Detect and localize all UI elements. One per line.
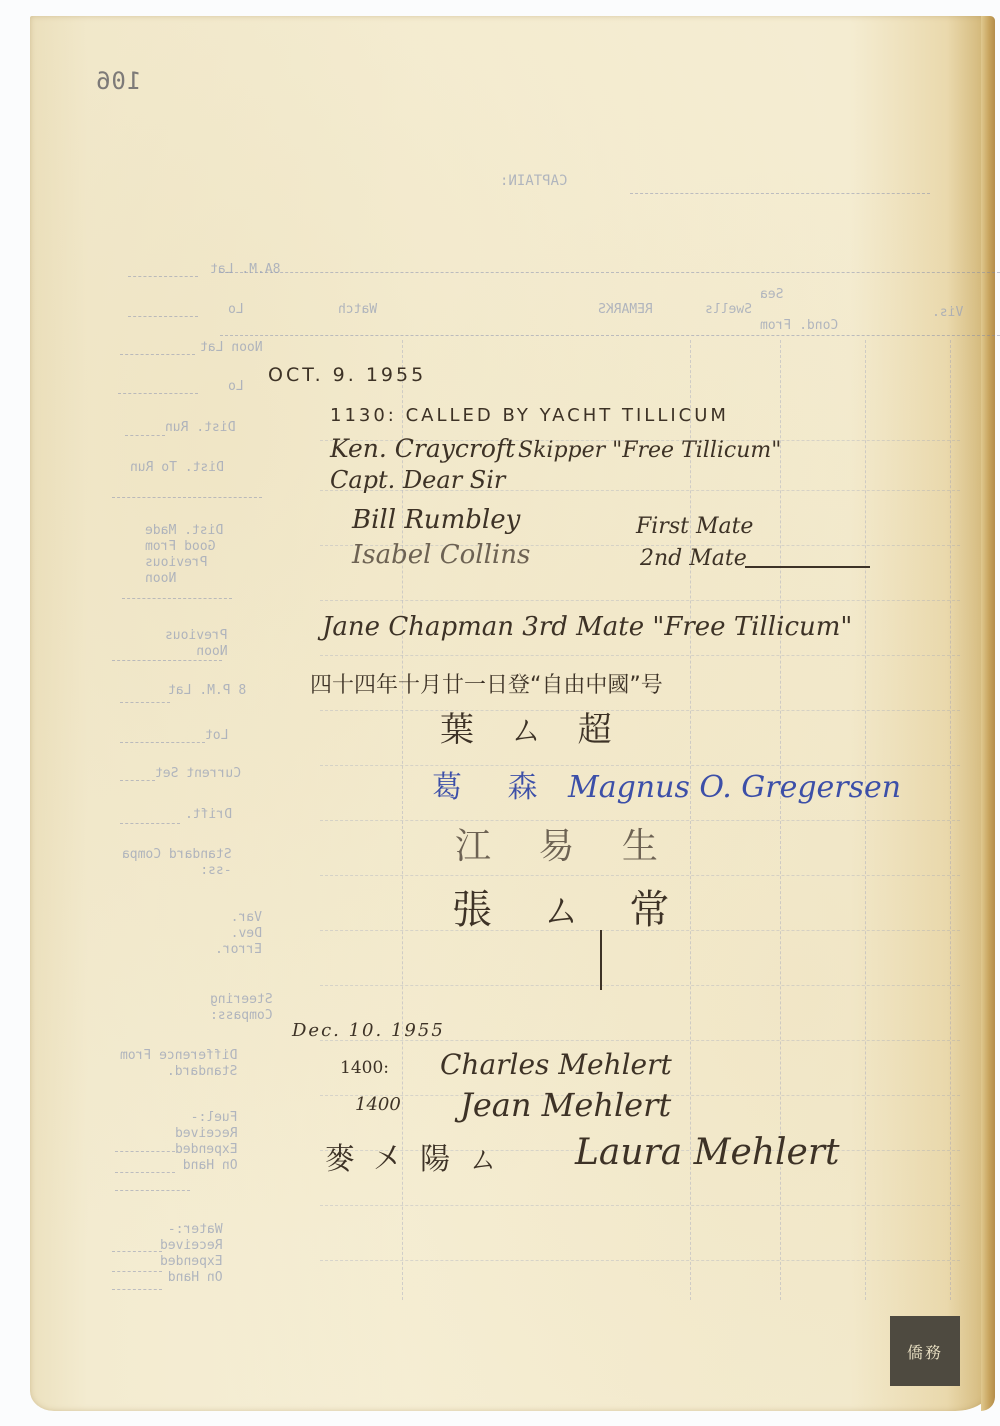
signature-chinese-1: 葉 ㄙ 超 <box>440 702 624 751</box>
label-lot: Lot <box>205 728 228 744</box>
grid-horizontal <box>320 1260 960 1261</box>
header-top-rule <box>220 272 1000 273</box>
field-rule <box>115 1151 175 1152</box>
label-8am-lat: 8A.M. Lat <box>210 262 280 278</box>
column-swells: Swells <box>705 302 752 318</box>
label-dist-to-run: Dist. To Run <box>130 460 224 476</box>
label-lo: Lo <box>228 302 244 318</box>
page-number: 106 <box>95 67 141 95</box>
column-remarks: REMARKS <box>598 302 653 318</box>
label-steering-compass: Steering Compass: <box>210 992 273 1024</box>
grid-horizontal <box>320 875 960 876</box>
header-bottom-rule <box>220 335 1000 336</box>
label-dist-run: Dist. Run <box>165 420 235 436</box>
grid-horizontal <box>320 655 960 656</box>
field-rule <box>112 497 262 498</box>
grid-horizontal <box>320 985 960 986</box>
signature-laura-mehlert: Laura Mehlert <box>575 1132 840 1173</box>
column-sea: Sea <box>760 287 783 303</box>
entry-date-dec-10-1955: Dec. 10. 1955 <box>292 1020 445 1041</box>
label-difference-from-standard: Difference From Standard. <box>120 1048 237 1080</box>
signature-stroke <box>600 930 602 990</box>
field-rule <box>120 702 170 703</box>
signature-chinese-4: 張 ㄙ 常 <box>452 878 687 935</box>
label-fuel: Fuel:- Received Expended On Hand <box>175 1110 238 1174</box>
column-vis: Vis. <box>932 305 963 321</box>
label-lo-2: Lo <box>228 379 244 395</box>
grid-horizontal <box>320 1205 960 1206</box>
label-noon-lat: Noon Lat <box>200 340 263 356</box>
field-rule <box>120 742 205 743</box>
signature-magnus-gregersen: Magnus O. Gregersen <box>568 770 901 805</box>
signature-ken-craycroft: Ken. Craycroft <box>330 434 515 463</box>
entry-date-oct-9-1955: OCT. 9. 1955 <box>268 364 426 386</box>
grid-horizontal <box>320 710 960 711</box>
field-rule <box>112 1271 162 1272</box>
entry-2nd-mate: 2nd Mate <box>640 546 747 571</box>
field-rule <box>120 354 195 355</box>
field-rule <box>122 598 232 599</box>
signature-chinese-3: 江 易 生 <box>455 818 676 869</box>
field-rule <box>112 660 222 661</box>
label-current-set: Current Set <box>155 766 241 782</box>
signature-jane-chapman: Jane Chapman 3rd Mate "Free Tillicum" <box>322 612 852 642</box>
entry-chinese-date-free-china: 四十四年十月廿一日登“自由中國”号 <box>310 668 663 699</box>
captain-label: CAPTAIN: <box>500 173 567 189</box>
label-water: Water:- Received Expended On Hand <box>160 1222 223 1286</box>
grid-horizontal <box>320 765 960 766</box>
entry-time-1400-2: 1400 <box>355 1094 401 1115</box>
label-previous-noon: Previous Noon <box>165 628 228 660</box>
column-watch: Watch <box>338 302 377 318</box>
field-rule <box>120 823 180 824</box>
field-rule <box>128 316 198 317</box>
watermark-stamp: 僑務 <box>890 1316 960 1386</box>
field-rule <box>125 435 165 436</box>
entry-first-mate: First Mate <box>636 514 753 539</box>
label-var-dev-error: Var. Dev. Error. <box>215 910 262 958</box>
field-rule <box>118 393 198 394</box>
page-edge-curl <box>981 16 995 1411</box>
signature-chinese-2-blue: 葛 森 <box>432 762 556 806</box>
captain-rule <box>630 193 930 194</box>
entry-capt-dear-sir: Capt. Dear Sir <box>330 466 505 494</box>
signature-charles-mehlert: Charles Mehlert <box>440 1048 672 1081</box>
label-dist-made-good: Dist. Made Good From Previous Noon <box>145 523 223 587</box>
entry-time-1400: 1400: <box>340 1058 389 1078</box>
field-rule <box>112 1289 162 1290</box>
field-rule <box>128 276 198 277</box>
signature-bill-rumbley: Bill Rumbley <box>352 505 520 535</box>
label-standard-compass: Standard Compa -ss: <box>122 847 232 879</box>
entry-called-by-yacht: 1130: CALLED BY YACHT TILLICUM <box>330 405 729 426</box>
field-rule <box>120 780 155 781</box>
label-8pm-lat: 8 P.M. Lat <box>168 683 246 699</box>
signature-jean-mehlert: Jean Mehlert <box>460 1086 671 1124</box>
signature-isabel-collins: Isabel Collins <box>352 540 530 570</box>
underline-flourish <box>745 566 870 568</box>
grid-horizontal <box>320 600 960 601</box>
column-cond-from: Cond. From <box>760 318 838 334</box>
label-drift: Drift. <box>185 807 232 823</box>
field-rule <box>115 1190 190 1191</box>
entry-skipper-free-tillicum: Skipper "Free Tillicum" <box>518 438 781 463</box>
signature-chinese-5: 麥 㐅 陽 ㄙ <box>325 1134 502 1178</box>
field-rule <box>115 1172 175 1173</box>
field-rule <box>112 1251 162 1252</box>
